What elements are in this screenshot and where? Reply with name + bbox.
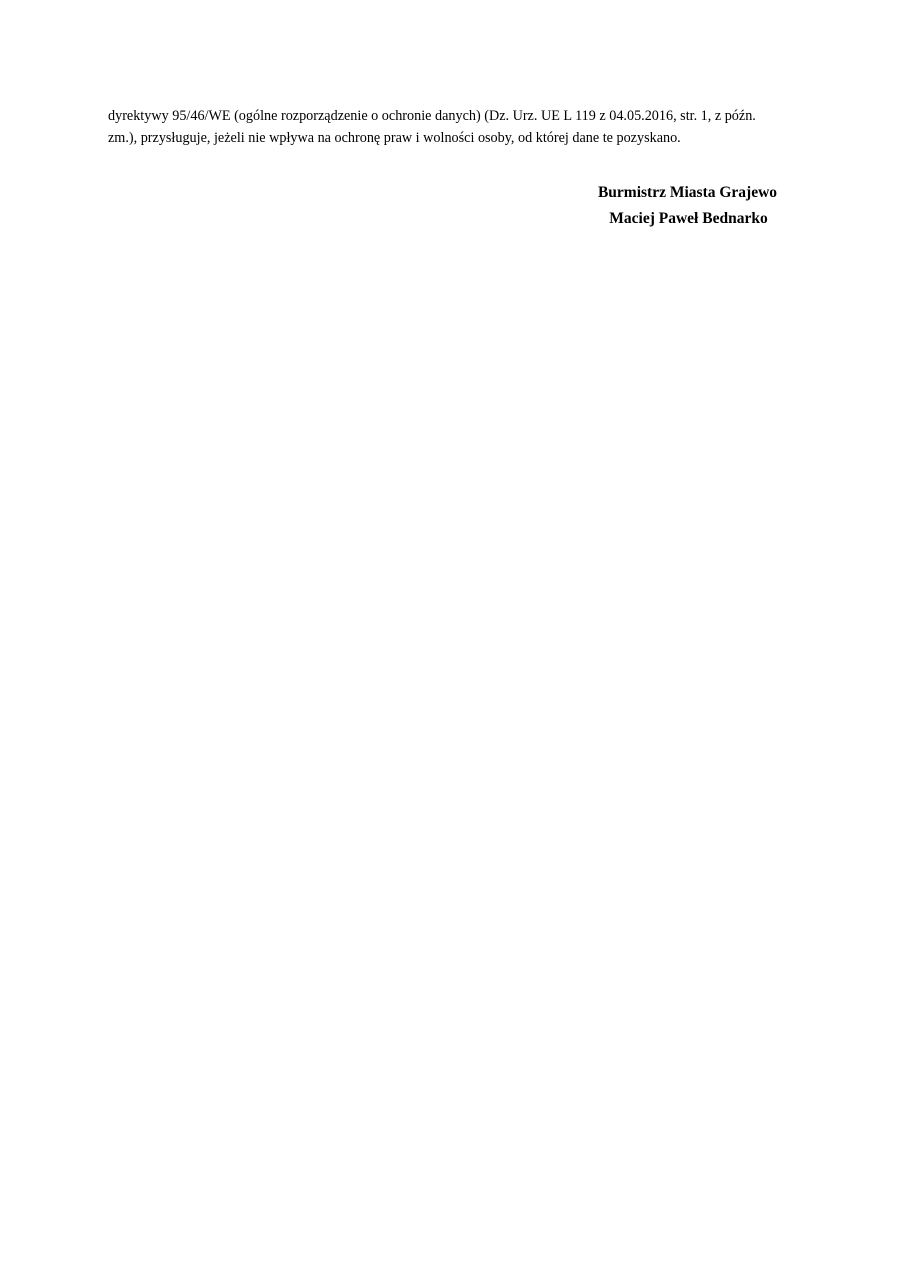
body-paragraph: dyrektywy 95/46/WE (ogólne rozporządzeni…: [108, 105, 808, 149]
signature-name: Maciej Paweł Bednarko: [560, 206, 815, 232]
signature-block: Burmistrz Miasta Grajewo Maciej Paweł Be…: [560, 180, 815, 232]
document-page: dyrektywy 95/46/WE (ogólne rozporządzeni…: [0, 0, 905, 1280]
body-paragraph-line: dyrektywy 95/46/WE (ogólne rozporządzeni…: [108, 105, 808, 127]
signature-title: Burmistrz Miasta Grajewo: [560, 180, 815, 206]
body-paragraph-line: zm.), przysługuje, jeżeli nie wpływa na …: [108, 127, 808, 149]
